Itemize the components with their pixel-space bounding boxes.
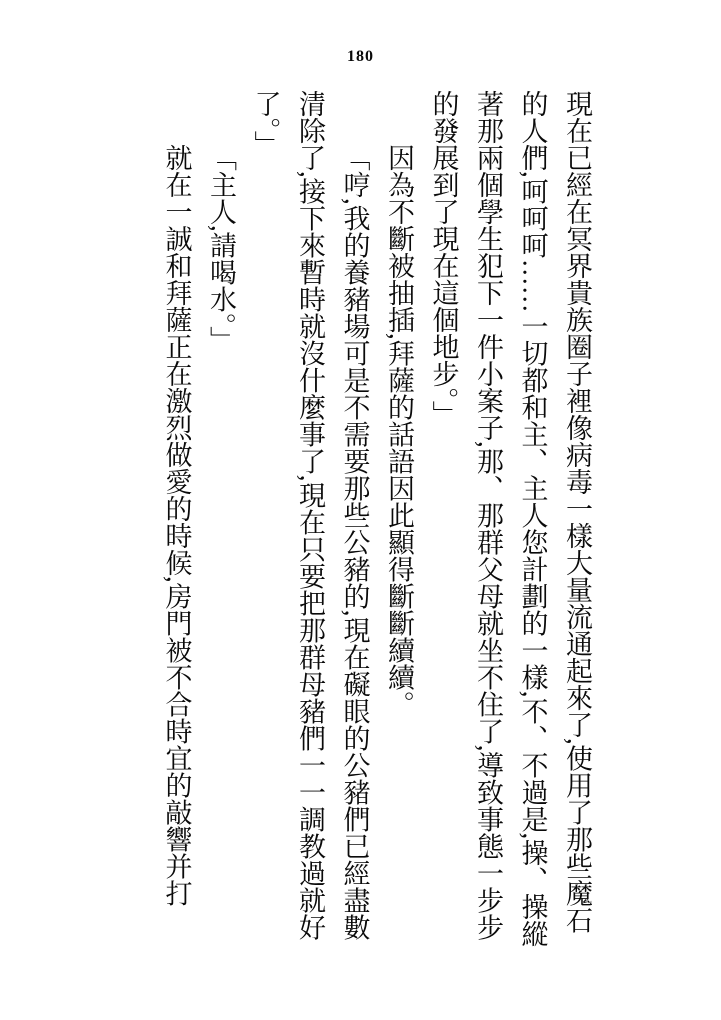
vertical-text-block: 現在已經在冥界貴族圈子裡像病毒一樣大量流通起來了,使用了那些魔石的人們,呵呵呵…… xyxy=(154,90,599,960)
paragraph: 因為不斷被抽插,拜薩的話語因此顯得斷斷續續。 xyxy=(377,90,422,960)
paragraph: 「主人,請喝水。」 xyxy=(199,90,244,960)
book-page: 180 現在已經在冥界貴族圈子裡像病毒一樣大量流通起來了,使用了那些魔石的人們,… xyxy=(0,0,721,1020)
page-number: 180 xyxy=(0,48,721,66)
paragraph: 現在已經在冥界貴族圈子裡像病毒一樣大量流通起來了,使用了那些魔石的人們,呵呵呵…… xyxy=(421,90,599,960)
paragraph: 「哼,我的養豬場可是不需要那些公豬的,現在礙眼的公豬們已經盡數清除了,接下來暫時… xyxy=(243,90,377,960)
paragraph: 就在一誠和拜薩正在激烈做愛的時候,房門被不合時宜的敲響并打 xyxy=(154,90,199,960)
